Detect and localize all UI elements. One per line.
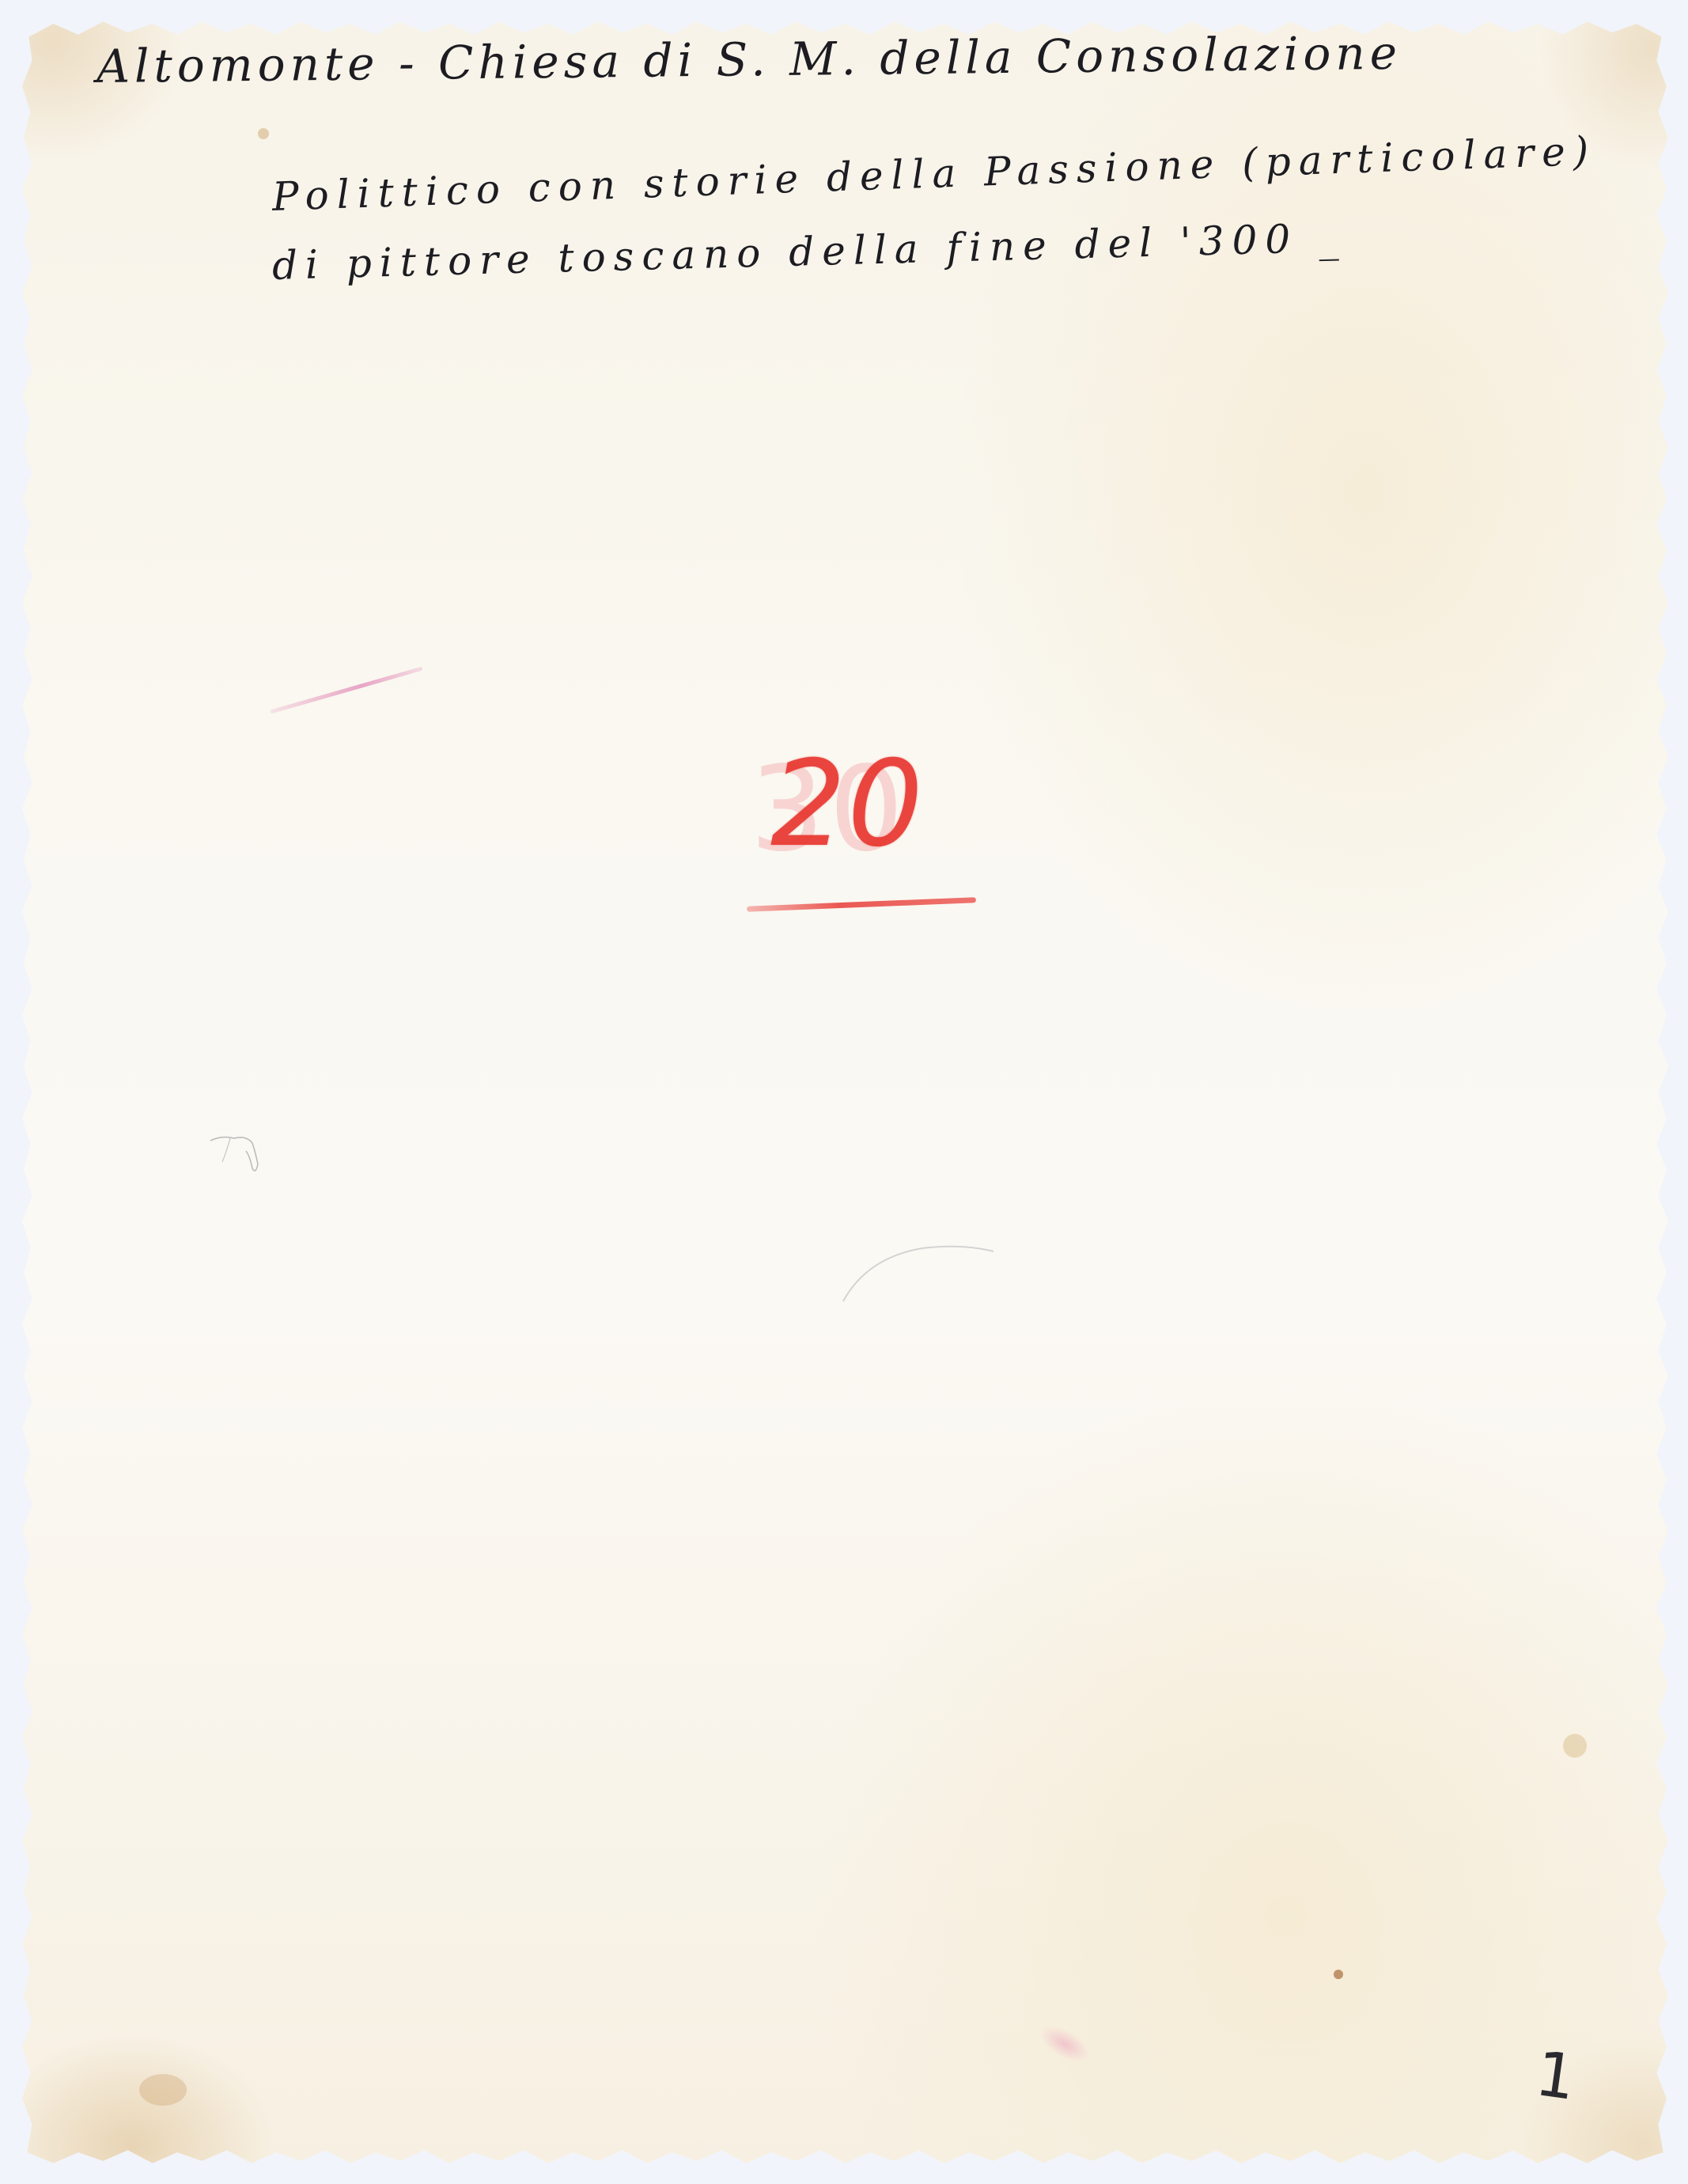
red-underline xyxy=(747,897,976,912)
location-title: Altomonte - Chiesa di S. M. della Consol… xyxy=(97,26,1402,93)
pink-pencil-stroke xyxy=(270,667,423,714)
pink-smudge xyxy=(1034,2019,1096,2069)
stain xyxy=(139,2074,187,2106)
pencil-sketch-icon xyxy=(206,1129,270,1176)
stain xyxy=(1334,1970,1343,1979)
stain xyxy=(1563,1734,1587,1758)
photo-verso-card: Altomonte - Chiesa di S. M. della Consol… xyxy=(21,17,1670,2167)
page-number: 1 xyxy=(1531,2038,1580,2114)
faint-pencil-mark-icon xyxy=(835,1234,1001,1305)
artwork-description: Polittico con storie della Passione (par… xyxy=(271,128,1597,220)
red-pencil-number: 20 xyxy=(770,736,925,873)
artwork-attribution: di pittore toscano della fine del '300 _ xyxy=(271,214,1347,289)
stain xyxy=(258,128,269,139)
